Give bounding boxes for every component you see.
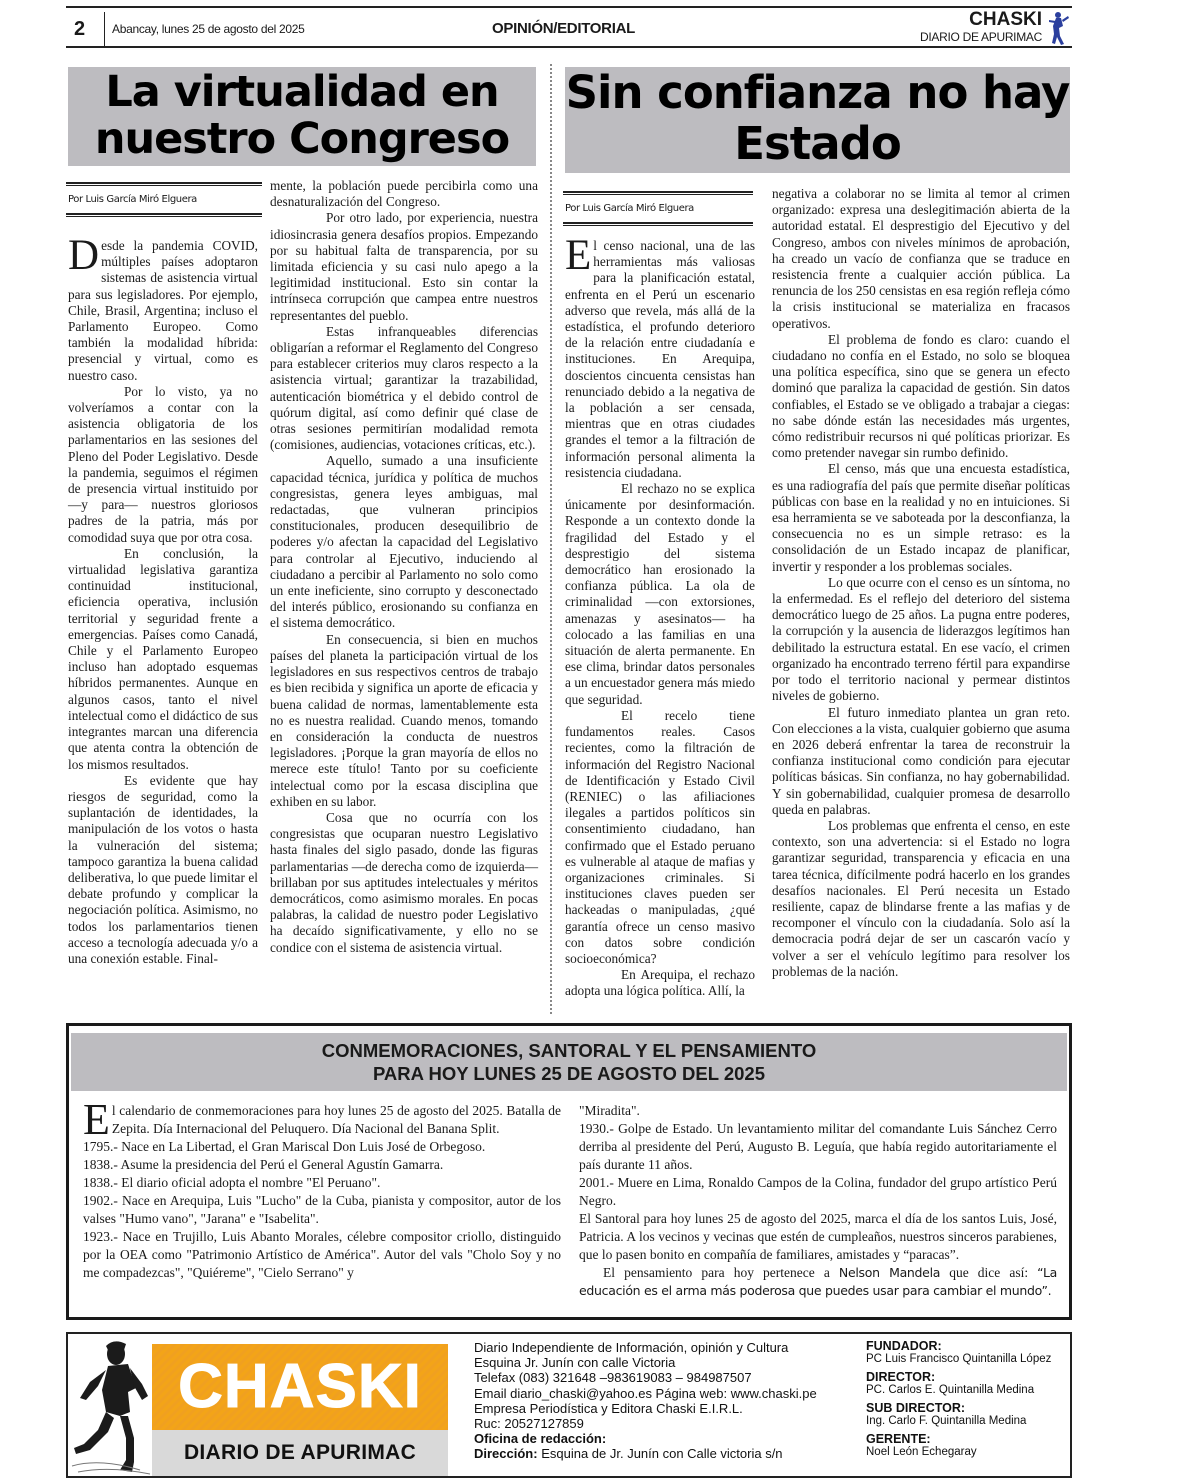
santoral-paragraph: El Santoral para hoy lunes 25 de agosto … bbox=[579, 1210, 1057, 1264]
event-item: 1838.- El diario oficial adopta el nombr… bbox=[83, 1174, 561, 1192]
commemorations-columns: El calendario de conmemoraciones para ho… bbox=[83, 1102, 1057, 1300]
thought-author: Nelson Mandela bbox=[839, 1265, 940, 1280]
article1-headline: La virtualidad en nuestro Congreso bbox=[68, 67, 536, 166]
page-number: 2 bbox=[74, 18, 85, 41]
chaski-logo: CHASKI bbox=[152, 1344, 448, 1430]
office-label: Oficina de redacción: bbox=[474, 1431, 817, 1446]
logo-subtitle: DIARIO DE APURIMAC bbox=[152, 1430, 448, 1476]
logo-text: CHASKI bbox=[152, 1344, 448, 1430]
staff-name: PC Luis Francisco Quintanilla López bbox=[866, 1353, 1051, 1365]
title-line: PARA HOY LUNES 25 DE AGOSTO DEL 2025 bbox=[71, 1062, 1067, 1085]
paragraph: Por otro lado, por experiencia, nuestra … bbox=[270, 210, 538, 323]
drop-cap: E bbox=[565, 239, 593, 273]
paragraph: Es evidente que hay riesgos de seguridad… bbox=[68, 773, 258, 967]
info-line: Ruc: 20527127859 bbox=[474, 1416, 817, 1431]
brand-subtitle: DIARIO DE APURIMAC bbox=[920, 30, 1042, 44]
event-item: 1838.- Asume la presidencia del Perú el … bbox=[83, 1156, 561, 1174]
byline-author: Por Luis García Miró Elguera bbox=[563, 195, 753, 222]
info-line: Diario Independiente de Información, opi… bbox=[474, 1340, 817, 1355]
paragraph: El censo nacional, una de las herramient… bbox=[565, 238, 755, 481]
staff-name: PC. Carlos E. Quintanilla Medina bbox=[866, 1384, 1051, 1396]
article2-column-1: El censo nacional, una de las herramient… bbox=[565, 238, 755, 1000]
byline-rule bbox=[66, 213, 262, 217]
paragraph: negativa a colaborar no se limita al tem… bbox=[772, 186, 1070, 332]
issue-date: Abancay, lunes 25 de agosto del 2025 bbox=[112, 22, 304, 36]
staff-role: FUNDADOR: bbox=[866, 1340, 1051, 1353]
info-line: Empresa Periodística y Editora Chaski E.… bbox=[474, 1401, 817, 1416]
article1-column-1: Desde la pandemia COVID, múltiples paíse… bbox=[68, 238, 258, 967]
headline-line: La virtualidad en bbox=[68, 69, 536, 116]
paragraph: El recelo tiene fundamentos reales. Caso… bbox=[565, 708, 755, 967]
masthead-footer: CHASKI DIARIO DE APURIMAC Diario Indepen… bbox=[66, 1332, 1072, 1478]
event-item: "Miradita". bbox=[579, 1102, 1057, 1120]
staff-list: FUNDADOR: PC Luis Francisco Quintanilla … bbox=[866, 1338, 1051, 1458]
column-divider bbox=[550, 64, 552, 1014]
event-item: 2001.- Muere en Lima, Ronaldo Campos de … bbox=[579, 1174, 1057, 1210]
event-item: 1795.- Nace en La Libertad, el Gran Mari… bbox=[83, 1138, 561, 1156]
drop-cap: D bbox=[68, 239, 101, 273]
info-line: Esquina Jr. Junín con calle Victoria bbox=[474, 1355, 817, 1370]
paragraph: Cosa que no ocurría con los congresistas… bbox=[270, 810, 538, 956]
paragraph: El futuro inmediato plantea un gran reto… bbox=[772, 705, 1070, 818]
paragraph: El calendario de conmemoraciones para ho… bbox=[83, 1102, 561, 1138]
byline-author: Por Luis García Miró Elguera bbox=[66, 186, 262, 213]
paragraph: En conclusión, la virtualidad legislativ… bbox=[68, 546, 258, 773]
title-line: CONMEMORACIONES, SANTORAL Y EL PENSAMIEN… bbox=[71, 1039, 1067, 1062]
article1-column-2: mente, la población puede percibirla com… bbox=[270, 178, 538, 956]
thought-paragraph: El pensamiento para hoy pertenece a Nels… bbox=[579, 1264, 1057, 1300]
paragraph: En Arequipa, el rechazo adopta una lógic… bbox=[565, 967, 755, 999]
publisher-info: Diario Independiente de Información, opi… bbox=[474, 1340, 817, 1462]
page-header: 2 Abancay, lunes 25 de agosto del 2025 O… bbox=[66, 6, 1072, 48]
paragraph: Los problemas que enfrenta el censo, en … bbox=[772, 818, 1070, 980]
section-title: OPINIÓN/EDITORIAL bbox=[492, 20, 635, 37]
commemorations-left: El calendario de conmemoraciones para ho… bbox=[83, 1102, 561, 1300]
info-line: Telefax (083) 321648 –983619083 – 984987… bbox=[474, 1370, 817, 1385]
brand-name: CHASKI bbox=[920, 10, 1042, 30]
commemorations-box: CONMEMORACIONES, SANTORAL Y EL PENSAMIEN… bbox=[66, 1023, 1072, 1320]
headline-line: Sin confianza no hay bbox=[565, 67, 1070, 118]
commemorations-title: CONMEMORACIONES, SANTORAL Y EL PENSAMIEN… bbox=[71, 1033, 1067, 1091]
article1-byline: Por Luis García Miró Elguera bbox=[66, 182, 262, 217]
article2-headline: Sin confianza no hay Estado bbox=[565, 67, 1070, 173]
paragraph: En consecuencia, si bien en muchos paíse… bbox=[270, 632, 538, 810]
paragraph: Estas infranqueables diferencias obligar… bbox=[270, 324, 538, 454]
event-item: 1923.- Nace en Trujillo, Luis Abanto Mor… bbox=[83, 1228, 561, 1282]
staff-name: Noel León Echegaray bbox=[866, 1446, 1051, 1458]
paragraph: mente, la población puede percibirla com… bbox=[270, 178, 538, 210]
paragraph: Aquello, sumado a una insuficiente capac… bbox=[270, 453, 538, 631]
event-item: 1902.- Nace en Arequipa, Luis "Lucho" de… bbox=[83, 1192, 561, 1228]
headline-line: Estado bbox=[565, 118, 1070, 169]
address-line: Dirección: Esquina de Jr. Junín con Call… bbox=[474, 1446, 817, 1461]
paragraph: Desde la pandemia COVID, múltiples paíse… bbox=[68, 238, 258, 384]
headline-line: nuestro Congreso bbox=[68, 116, 536, 163]
paragraph: El rechazo no se explica únicamente por … bbox=[565, 481, 755, 708]
article2-column-2: negativa a colaborar no se limita al tem… bbox=[772, 186, 1070, 980]
paragraph: Lo que ocurre con el censo es un síntoma… bbox=[772, 575, 1070, 705]
staff-name: Ing. Carlo F. Quintanilla Medina bbox=[866, 1415, 1051, 1427]
paragraph: El problema de fondo es claro: cuando el… bbox=[772, 332, 1070, 462]
runner-icon bbox=[1046, 10, 1070, 48]
event-item: 1930.- Golpe de Estado. Un levantamiento… bbox=[579, 1120, 1057, 1174]
byline-rule bbox=[563, 222, 753, 226]
header-divider bbox=[104, 12, 105, 48]
staff-role: GERENTE: bbox=[866, 1433, 1051, 1446]
info-line: Email diario_chaski@yahoo.es Página web:… bbox=[474, 1386, 817, 1401]
paragraph: Por lo visto, ya no volveríamos a contar… bbox=[68, 384, 258, 546]
header-brand: CHASKI DIARIO DE APURIMAC bbox=[920, 10, 1042, 44]
staff-role: DIRECTOR: bbox=[866, 1371, 1051, 1384]
commemorations-right: "Miradita". 1930.- Golpe de Estado. Un l… bbox=[579, 1102, 1057, 1300]
drop-cap: E bbox=[83, 1102, 112, 1138]
paragraph: El censo, más que una encuesta estadísti… bbox=[772, 461, 1070, 574]
article2-byline: Por Luis García Miró Elguera bbox=[563, 191, 753, 226]
staff-role: SUB DIRECTOR: bbox=[866, 1402, 1051, 1415]
runner-illustration-icon bbox=[70, 1338, 154, 1476]
